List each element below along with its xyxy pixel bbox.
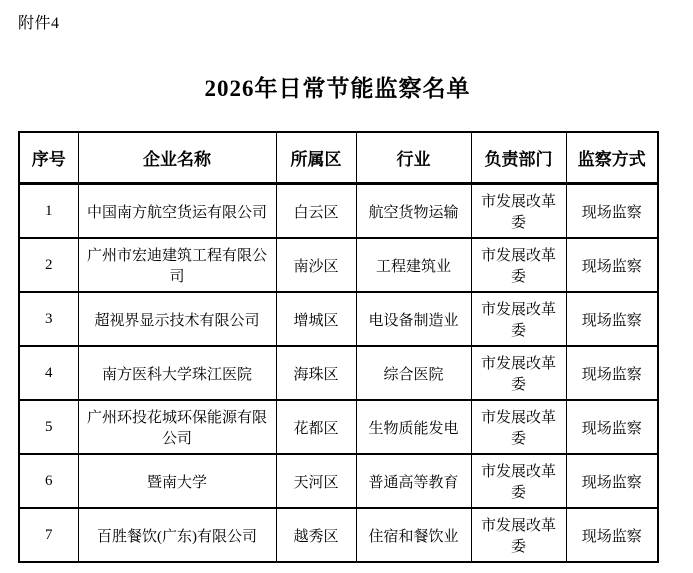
table-cell: 现场监察 xyxy=(566,400,658,454)
table-cell: 现场监察 xyxy=(566,454,658,508)
table-row: 2广州市宏迪建筑工程有限公司南沙区工程建筑业市发展改革委现场监察 xyxy=(19,238,658,292)
table-cell: 增城区 xyxy=(276,292,356,346)
table-cell: 现场监察 xyxy=(566,508,658,562)
table-row: 3超视界显示技术有限公司增城区电设备制造业市发展改革委现场监察 xyxy=(19,292,658,346)
attachment-label: 附件4 xyxy=(18,10,60,33)
table-cell: 中国南方航空货运有限公司 xyxy=(78,184,276,239)
table-row: 6暨南大学天河区普通高等教育市发展改革委现场监察 xyxy=(19,454,658,508)
header-cell: 企业名称 xyxy=(78,132,276,184)
table-cell: 南方医科大学珠江医院 xyxy=(78,346,276,400)
table-cell: 海珠区 xyxy=(276,346,356,400)
table-cell: 5 xyxy=(19,400,78,454)
table-cell: 暨南大学 xyxy=(78,454,276,508)
table-cell: 超视界显示技术有限公司 xyxy=(78,292,276,346)
table-row: 1中国南方航空货运有限公司白云区航空货物运输市发展改革委现场监察 xyxy=(19,184,658,239)
header-cell: 行业 xyxy=(356,132,471,184)
header-cell: 监察方式 xyxy=(566,132,658,184)
table-cell: 综合医院 xyxy=(356,346,471,400)
table-cell: 生物质能发电 xyxy=(356,400,471,454)
table-cell: 南沙区 xyxy=(276,238,356,292)
table-cell: 现场监察 xyxy=(566,238,658,292)
table-cell: 市发展改革委 xyxy=(471,184,566,239)
table-cell: 3 xyxy=(19,292,78,346)
header-cell: 负责部门 xyxy=(471,132,566,184)
table-cell: 普通高等教育 xyxy=(356,454,471,508)
table-body: 1中国南方航空货运有限公司白云区航空货物运输市发展改革委现场监察2广州市宏迪建筑… xyxy=(19,184,658,563)
table-cell: 市发展改革委 xyxy=(471,508,566,562)
table-cell: 花都区 xyxy=(276,400,356,454)
table-cell: 百胜餐饮(广东)有限公司 xyxy=(78,508,276,562)
supervision-table: 序号企业名称所属区行业负责部门监察方式 1中国南方航空货运有限公司白云区航空货物… xyxy=(18,131,659,563)
table-cell: 4 xyxy=(19,346,78,400)
table-cell: 现场监察 xyxy=(566,184,658,239)
table-cell: 白云区 xyxy=(276,184,356,239)
table-cell: 航空货物运输 xyxy=(356,184,471,239)
table-row: 4南方医科大学珠江医院海珠区综合医院市发展改革委现场监察 xyxy=(19,346,658,400)
table-cell: 天河区 xyxy=(276,454,356,508)
table-cell: 2 xyxy=(19,238,78,292)
table-cell: 市发展改革委 xyxy=(471,346,566,400)
table-cell: 市发展改革委 xyxy=(471,400,566,454)
table-cell: 1 xyxy=(19,184,78,239)
table-cell: 7 xyxy=(19,508,78,562)
table-cell: 越秀区 xyxy=(276,508,356,562)
table-cell: 广州市宏迪建筑工程有限公司 xyxy=(78,238,276,292)
header-cell: 序号 xyxy=(19,132,78,184)
page-title: 2026年日常节能监察名单 xyxy=(18,70,657,103)
table-cell: 工程建筑业 xyxy=(356,238,471,292)
table-cell: 市发展改革委 xyxy=(471,292,566,346)
table-cell: 电设备制造业 xyxy=(356,292,471,346)
table-cell: 现场监察 xyxy=(566,346,658,400)
table-cell: 住宿和餐饮业 xyxy=(356,508,471,562)
table-cell: 6 xyxy=(19,454,78,508)
table-row: 5广州环投花城环保能源有限公司花都区生物质能发电市发展改革委现场监察 xyxy=(19,400,658,454)
document-page: { "page": { "attachment_label": "附件4", "… xyxy=(0,0,693,573)
table-header: 序号企业名称所属区行业负责部门监察方式 xyxy=(19,132,658,184)
header-cell: 所属区 xyxy=(276,132,356,184)
table-cell: 市发展改革委 xyxy=(471,238,566,292)
table-row: 7百胜餐饮(广东)有限公司越秀区住宿和餐饮业市发展改革委现场监察 xyxy=(19,508,658,562)
table-cell: 广州环投花城环保能源有限公司 xyxy=(78,400,276,454)
table-header-row: 序号企业名称所属区行业负责部门监察方式 xyxy=(19,132,658,184)
table-cell: 现场监察 xyxy=(566,292,658,346)
table-cell: 市发展改革委 xyxy=(471,454,566,508)
